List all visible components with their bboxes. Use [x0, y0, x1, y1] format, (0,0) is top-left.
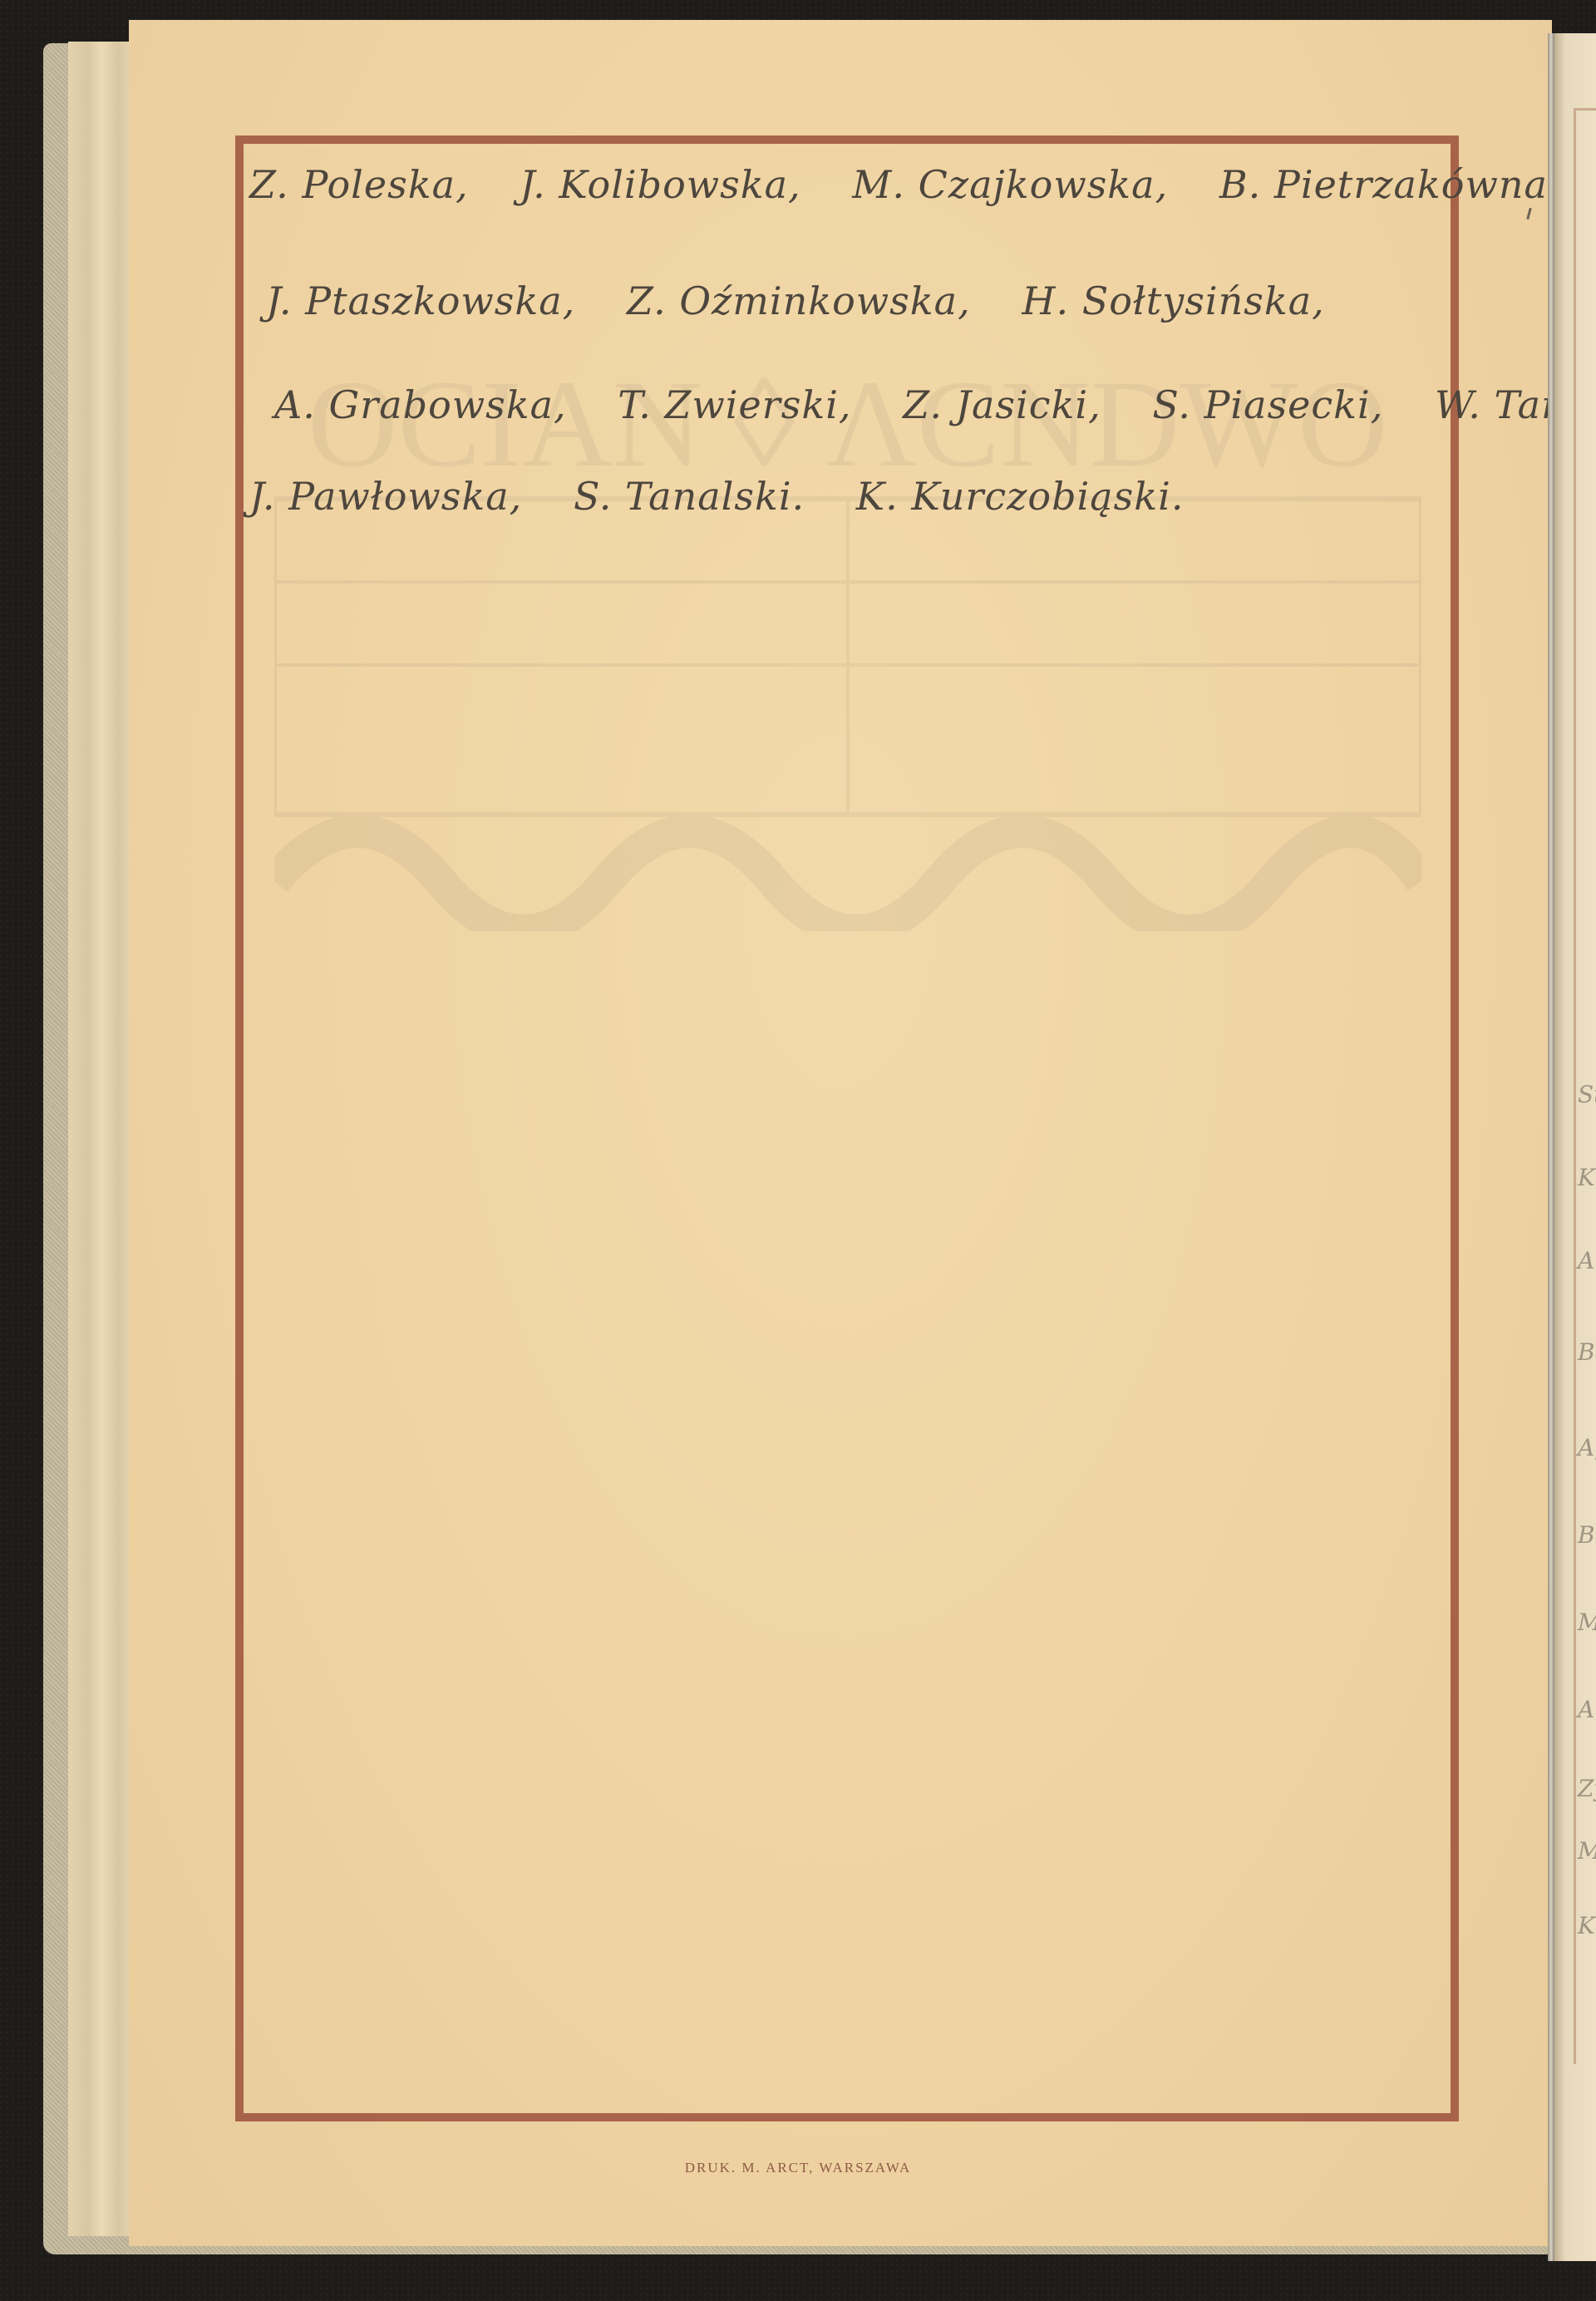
- signature: B. Pietrzakówna,: [1219, 162, 1561, 207]
- facing-fragment: Ka: [1578, 1164, 1596, 1191]
- signature: Z. Jasicki,: [903, 382, 1101, 427]
- facing-fragment: Sta: [1578, 1081, 1596, 1108]
- facing-fragment: Bei: [1578, 1338, 1596, 1366]
- signature: Z. Poleska,: [249, 162, 469, 207]
- signature: H. Sołtysińska,: [1022, 278, 1324, 323]
- signature: A. Grabowska,: [274, 382, 567, 427]
- facing-fragment: Mi: [1578, 1837, 1596, 1865]
- signature-line-2: J. Ptaszkowska, Z. Oźminkowska, H. Sołty…: [266, 278, 1363, 323]
- signature: Z. Oźminkowska,: [627, 278, 971, 323]
- facing-fragment: Kan: [1578, 1912, 1596, 1939]
- signature: J. Kolibowska,: [520, 162, 800, 207]
- signature: K. Kurczobiąski.: [856, 474, 1185, 519]
- signature: M. Czajkowska,: [852, 162, 1168, 207]
- facing-fragment: An: [1578, 1696, 1596, 1723]
- facing-fragment: Zyg: [1578, 1775, 1596, 1802]
- printer-imprint: DRUK. M. ARCT, WARSZAWA: [0, 2160, 1596, 2176]
- page-block-edges: [68, 42, 135, 2236]
- facing-fragment: Agn: [1578, 1434, 1596, 1461]
- decorative-border-frame: [235, 135, 1459, 2121]
- facing-fragment: Bo: [1578, 1521, 1596, 1549]
- signature: T. Zwierski,: [618, 382, 851, 427]
- signature-line-4: J. Pawłowska, S. Tanalski. K. Kurczobiąs…: [249, 474, 1222, 519]
- page-gutter-edge: [1548, 33, 1554, 2261]
- facing-fragment: An: [1578, 1247, 1596, 1274]
- signature-line-1: Z. Poleska, J. Kolibowska, M. Czajkowska…: [249, 162, 1596, 207]
- signature: J. Ptaszkowska,: [266, 278, 575, 323]
- signature-line-3: A. Grabowska, T. Zwierski, Z. Jasicki, S…: [274, 382, 1596, 427]
- facing-fragment: Ma: [1578, 1609, 1596, 1636]
- signature: S. Tanalski.: [574, 474, 805, 519]
- signature: J. Pawłowska,: [249, 474, 522, 519]
- signature: S. Piasecki,: [1152, 382, 1383, 427]
